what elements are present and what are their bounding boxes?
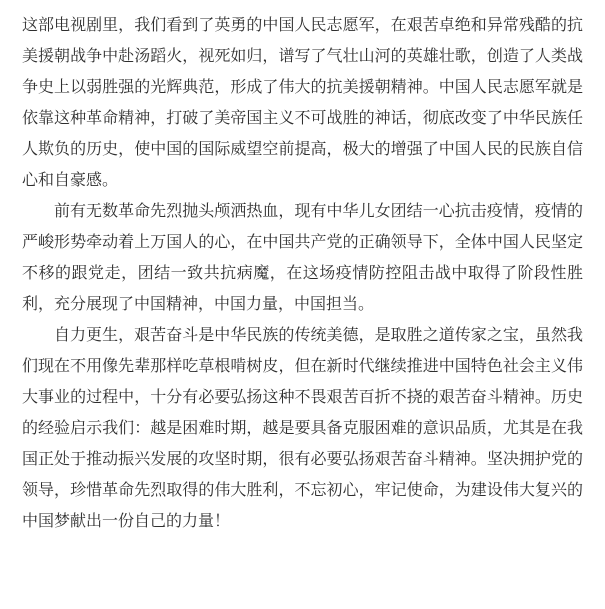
- paragraph-hard-work-spirit: 自力更生，艰苦奋斗是中华民族的传统美德，是取胜之道传家之宝，虽然我们现在不用像先…: [22, 320, 583, 537]
- paragraph-pandemic-unity: 前有无数革命先烈抛头颅洒热血，现有中华儿女团结一心抗击疫情，疫情的严峻形势牵动着…: [22, 196, 583, 320]
- paragraph-volunteer-army-spirit: 这部电视剧里，我们看到了英勇的中国人民志愿军，在艰苦卓绝和异常残酷的抗美援朝战争…: [22, 10, 583, 196]
- document-page: 这部电视剧里，我们看到了英勇的中国人民志愿军，在艰苦卓绝和异常残酷的抗美援朝战争…: [0, 0, 605, 609]
